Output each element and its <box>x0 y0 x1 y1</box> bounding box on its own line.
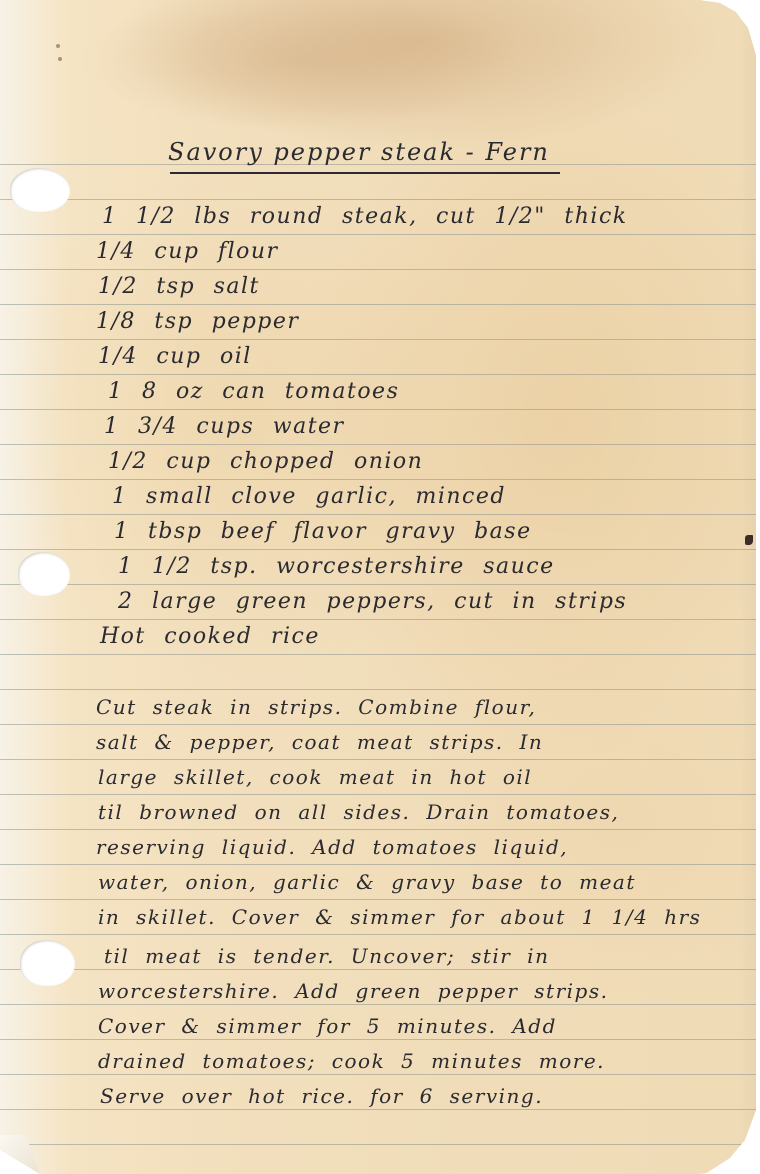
rule-line <box>0 724 756 725</box>
ingredient-line: 1 1/2 tsp. worcestershire sauce <box>118 554 555 579</box>
ingredient-line: 1/2 cup chopped onion <box>108 449 423 474</box>
rule-line <box>0 899 756 900</box>
recipe-card-page: Savory pepper steak - Fern 1 1/2 lbs rou… <box>0 0 756 1174</box>
ingredient-line: 1 tbsp beef flavor gravy base <box>114 519 532 544</box>
ingredient-line: 1/8 tsp pepper <box>96 309 299 334</box>
rule-line <box>0 304 756 305</box>
ingredient-line: 1/4 cup flour <box>96 239 279 264</box>
rule-line <box>0 654 756 655</box>
ingredient-line: 1/4 cup oil <box>98 344 252 369</box>
rule-line <box>0 1039 756 1040</box>
direction-line: large skillet, cook meat in hot oil <box>98 765 532 789</box>
rule-line <box>0 619 756 620</box>
direction-line: Serve over hot rice. for 6 serving. <box>100 1084 543 1108</box>
rule-line <box>0 1144 756 1145</box>
ingredient-line: 1 8 oz can tomatoes <box>108 379 399 404</box>
rule-line <box>0 269 756 270</box>
rule-line <box>0 1109 756 1110</box>
direction-line: worcestershire. Add green pepper strips. <box>98 979 608 1003</box>
rule-line <box>0 199 756 200</box>
rule-line <box>0 934 756 935</box>
stain-spot <box>56 44 60 48</box>
punch-hole-middle <box>18 552 70 596</box>
direction-line: water, onion, garlic & gravy base to mea… <box>98 870 636 894</box>
direction-line: salt & pepper, coat meat strips. In <box>96 730 543 754</box>
direction-line: reserving liquid. Add tomatoes liquid, <box>96 835 568 859</box>
page-corner-curl <box>0 1135 40 1174</box>
ingredient-line: 1 1/2 lbs round steak, cut 1/2" thick <box>102 204 628 229</box>
direction-line: drained tomatoes; cook 5 minutes more. <box>98 1049 605 1073</box>
punch-hole-bottom <box>20 940 75 986</box>
rule-line <box>0 584 756 585</box>
rule-line <box>0 689 756 690</box>
ingredient-line: 2 large green peppers, cut in strips <box>118 589 627 614</box>
rule-line <box>0 759 756 760</box>
rule-line <box>0 794 756 795</box>
rule-line <box>0 234 756 235</box>
ink-mark <box>745 535 753 545</box>
rule-line <box>0 339 756 340</box>
direction-line: in skillet. Cover & simmer for about 1 1… <box>98 905 701 929</box>
rule-line <box>0 374 756 375</box>
rule-line <box>0 969 756 970</box>
stain-spot <box>58 57 62 61</box>
recipe-title: Savory pepper steak - Fern <box>168 138 550 166</box>
title-underline <box>170 172 560 174</box>
rule-line <box>0 549 756 550</box>
direction-line: til browned on all sides. Drain tomatoes… <box>98 800 619 824</box>
rule-line <box>0 444 756 445</box>
direction-line: Cover & simmer for 5 minutes. Add <box>98 1014 557 1038</box>
ingredient-line: 1/2 tsp salt <box>98 274 260 299</box>
ingredient-line: Hot cooked rice <box>100 624 320 649</box>
punch-hole-top <box>10 168 70 212</box>
rule-line <box>0 864 756 865</box>
direction-line: til meat is tender. Uncover; stir in <box>104 944 549 968</box>
ingredient-line: 1 3/4 cups water <box>104 414 345 439</box>
direction-line: Cut steak in strips. Combine flour, <box>96 695 536 719</box>
ingredient-line: 1 small clove garlic, minced <box>112 484 506 509</box>
rule-line <box>0 409 756 410</box>
rule-line <box>0 1004 756 1005</box>
rule-line <box>0 1074 756 1075</box>
rule-line <box>0 514 756 515</box>
rule-line <box>0 829 756 830</box>
rule-line <box>0 479 756 480</box>
